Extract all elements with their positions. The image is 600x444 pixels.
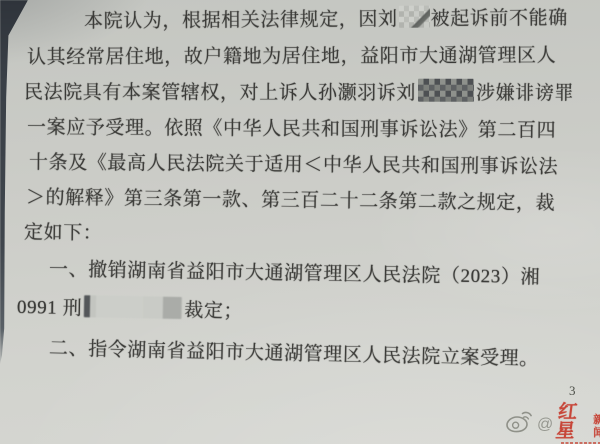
redstar-logo-main: 红星 (555, 403, 594, 441)
redstar-news-logo: 红星 新闻 (557, 403, 600, 444)
document-line-4: 一案应予受理。依照《中华人民共和国刑事诉讼法》第二百四 (27, 112, 556, 142)
line-text: 一案应予受理。依照《中华人民共和国刑事诉讼法》第二百四 (27, 117, 556, 141)
at-symbol: @ (537, 416, 553, 434)
document-line-5: 十条及《最高人民法院关于适用＜中华人民共和国刑事诉讼法 (29, 147, 558, 179)
news-watermark: @ 红星 新闻 (504, 406, 600, 442)
line-text: 涉嫌诽谤罪 (476, 83, 574, 104)
redaction-name-2 (418, 79, 474, 102)
document-line-3: 民法院具有本案管辖权，对上诉人孙灏羽诉刘涉嫌诽谤罪 (24, 77, 574, 105)
redaction-case-number (84, 295, 182, 319)
weibo-icon (504, 409, 534, 440)
line-text: 裁定； (184, 300, 243, 322)
line-text: 十条及《最高人民法院关于适用＜中华人民共和国刑事诉讼法 (29, 152, 558, 178)
line-text: 民法院具有本案管辖权，对上诉人孙灏羽诉刘 (24, 82, 416, 104)
document-line-1: 本院认为，根据相关法律规定，因刘被起诉前不能确 (84, 3, 568, 33)
redaction-name-1 (399, 6, 430, 28)
line-text: 被起诉前不能确 (431, 8, 568, 30)
line-text: 认其经常居住地，故户籍地为居住地，益阳市大通湖管理区人 (27, 45, 556, 68)
page-number: 3 (569, 383, 576, 399)
document-line-2: 认其经常居住地，故户籍地为居住地，益阳市大通湖管理区人 (27, 40, 556, 69)
photographed-court-document: { "document": { "lines": [ {"segments": … (0, 0, 600, 444)
line-text: 定如下： (24, 222, 103, 244)
line-text: 0991 刑 (17, 297, 83, 319)
document-line-7: 定如下： (24, 217, 103, 245)
document-line-9: 0991 刑裁定； (17, 292, 244, 323)
line-text: 本院认为，根据相关法律规定，因刘 (84, 9, 398, 32)
redstar-logo-sub: 新闻 (593, 414, 600, 440)
